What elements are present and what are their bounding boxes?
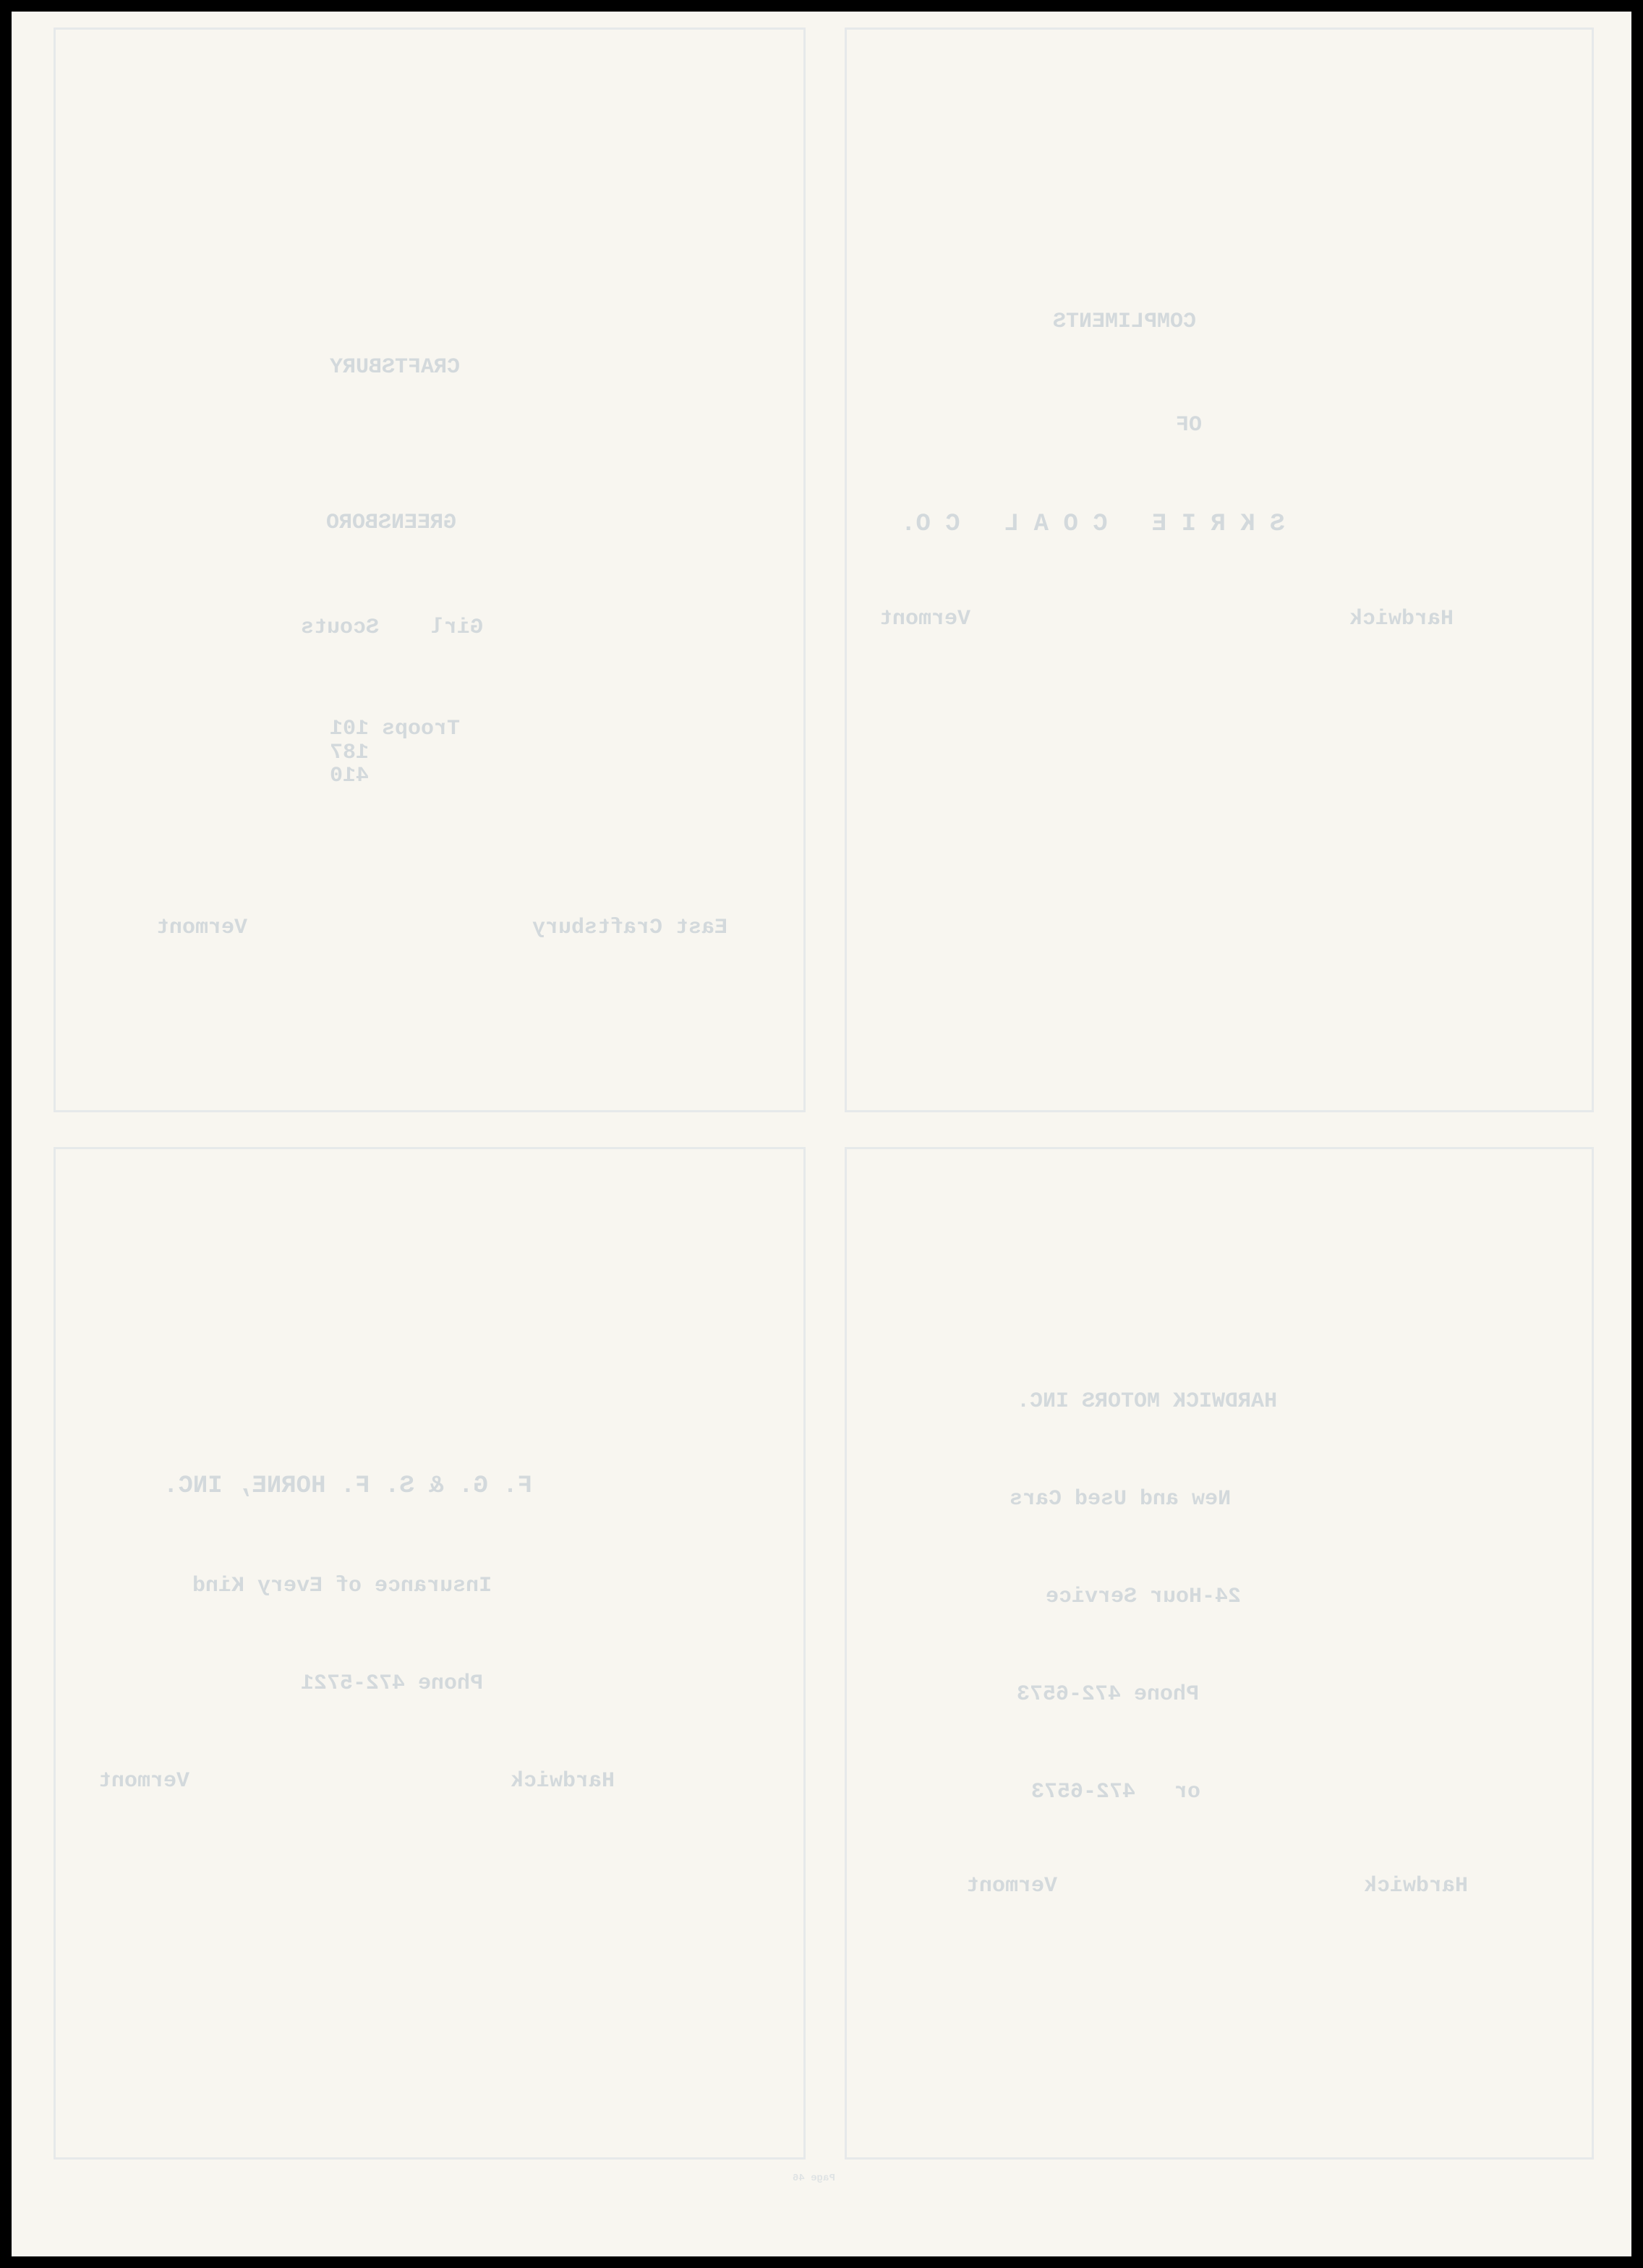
ad-text: S K R I E C O A L C O.: [901, 511, 1285, 538]
ad-text: Girl Scouts: [301, 615, 483, 640]
ad-text: 187: [330, 741, 369, 765]
ad-text: New and Used Cars: [1010, 1487, 1231, 1512]
ad-text: OF: [1176, 413, 1202, 438]
ad-text: Hardwick: [1364, 1874, 1468, 1898]
ad-text: 410: [330, 764, 369, 788]
document-page: COMPLIMENTS OF S K R I E C O A L C O. Ha…: [12, 12, 1631, 2256]
ad-text: Phone 472-5721: [301, 1671, 483, 1696]
ad-text: 24-Hour Service: [1046, 1585, 1241, 1609]
ad-text: CRAFTSBURY: [330, 355, 460, 380]
panel-top-right: [845, 27, 1594, 1112]
ad-text: East Craftsbury: [532, 916, 727, 940]
panel-bottom-left: [54, 1147, 806, 2160]
ad-text: Vermont: [879, 607, 970, 631]
ad-text: Insurance of Every Kind: [192, 1574, 492, 1598]
ad-text: Hardwick: [1349, 607, 1454, 631]
ad-text: GREENSBORO: [326, 511, 456, 535]
ad-text: Vermont: [156, 916, 247, 940]
ad-text: HARDWICK MOTORS INC.: [1017, 1389, 1277, 1414]
ad-text: F. G. & S. F. HORNE, INC.: [163, 1472, 532, 1500]
panel-bottom-right: [845, 1147, 1594, 2160]
ad-text: Hardwick: [511, 1769, 615, 1794]
panel-top-left: [54, 27, 806, 1112]
ad-text: Phone 472-6573: [1017, 1682, 1199, 1707]
ad-text: Troops 101: [330, 717, 460, 741]
ad-text: Vermont: [966, 1874, 1057, 1898]
page-footer: Page 46: [793, 2173, 835, 2184]
ad-text: or 472-6573: [1031, 1780, 1200, 1804]
ad-text: COMPLIMENTS: [1053, 310, 1196, 334]
ad-text: Vermont: [98, 1769, 189, 1794]
